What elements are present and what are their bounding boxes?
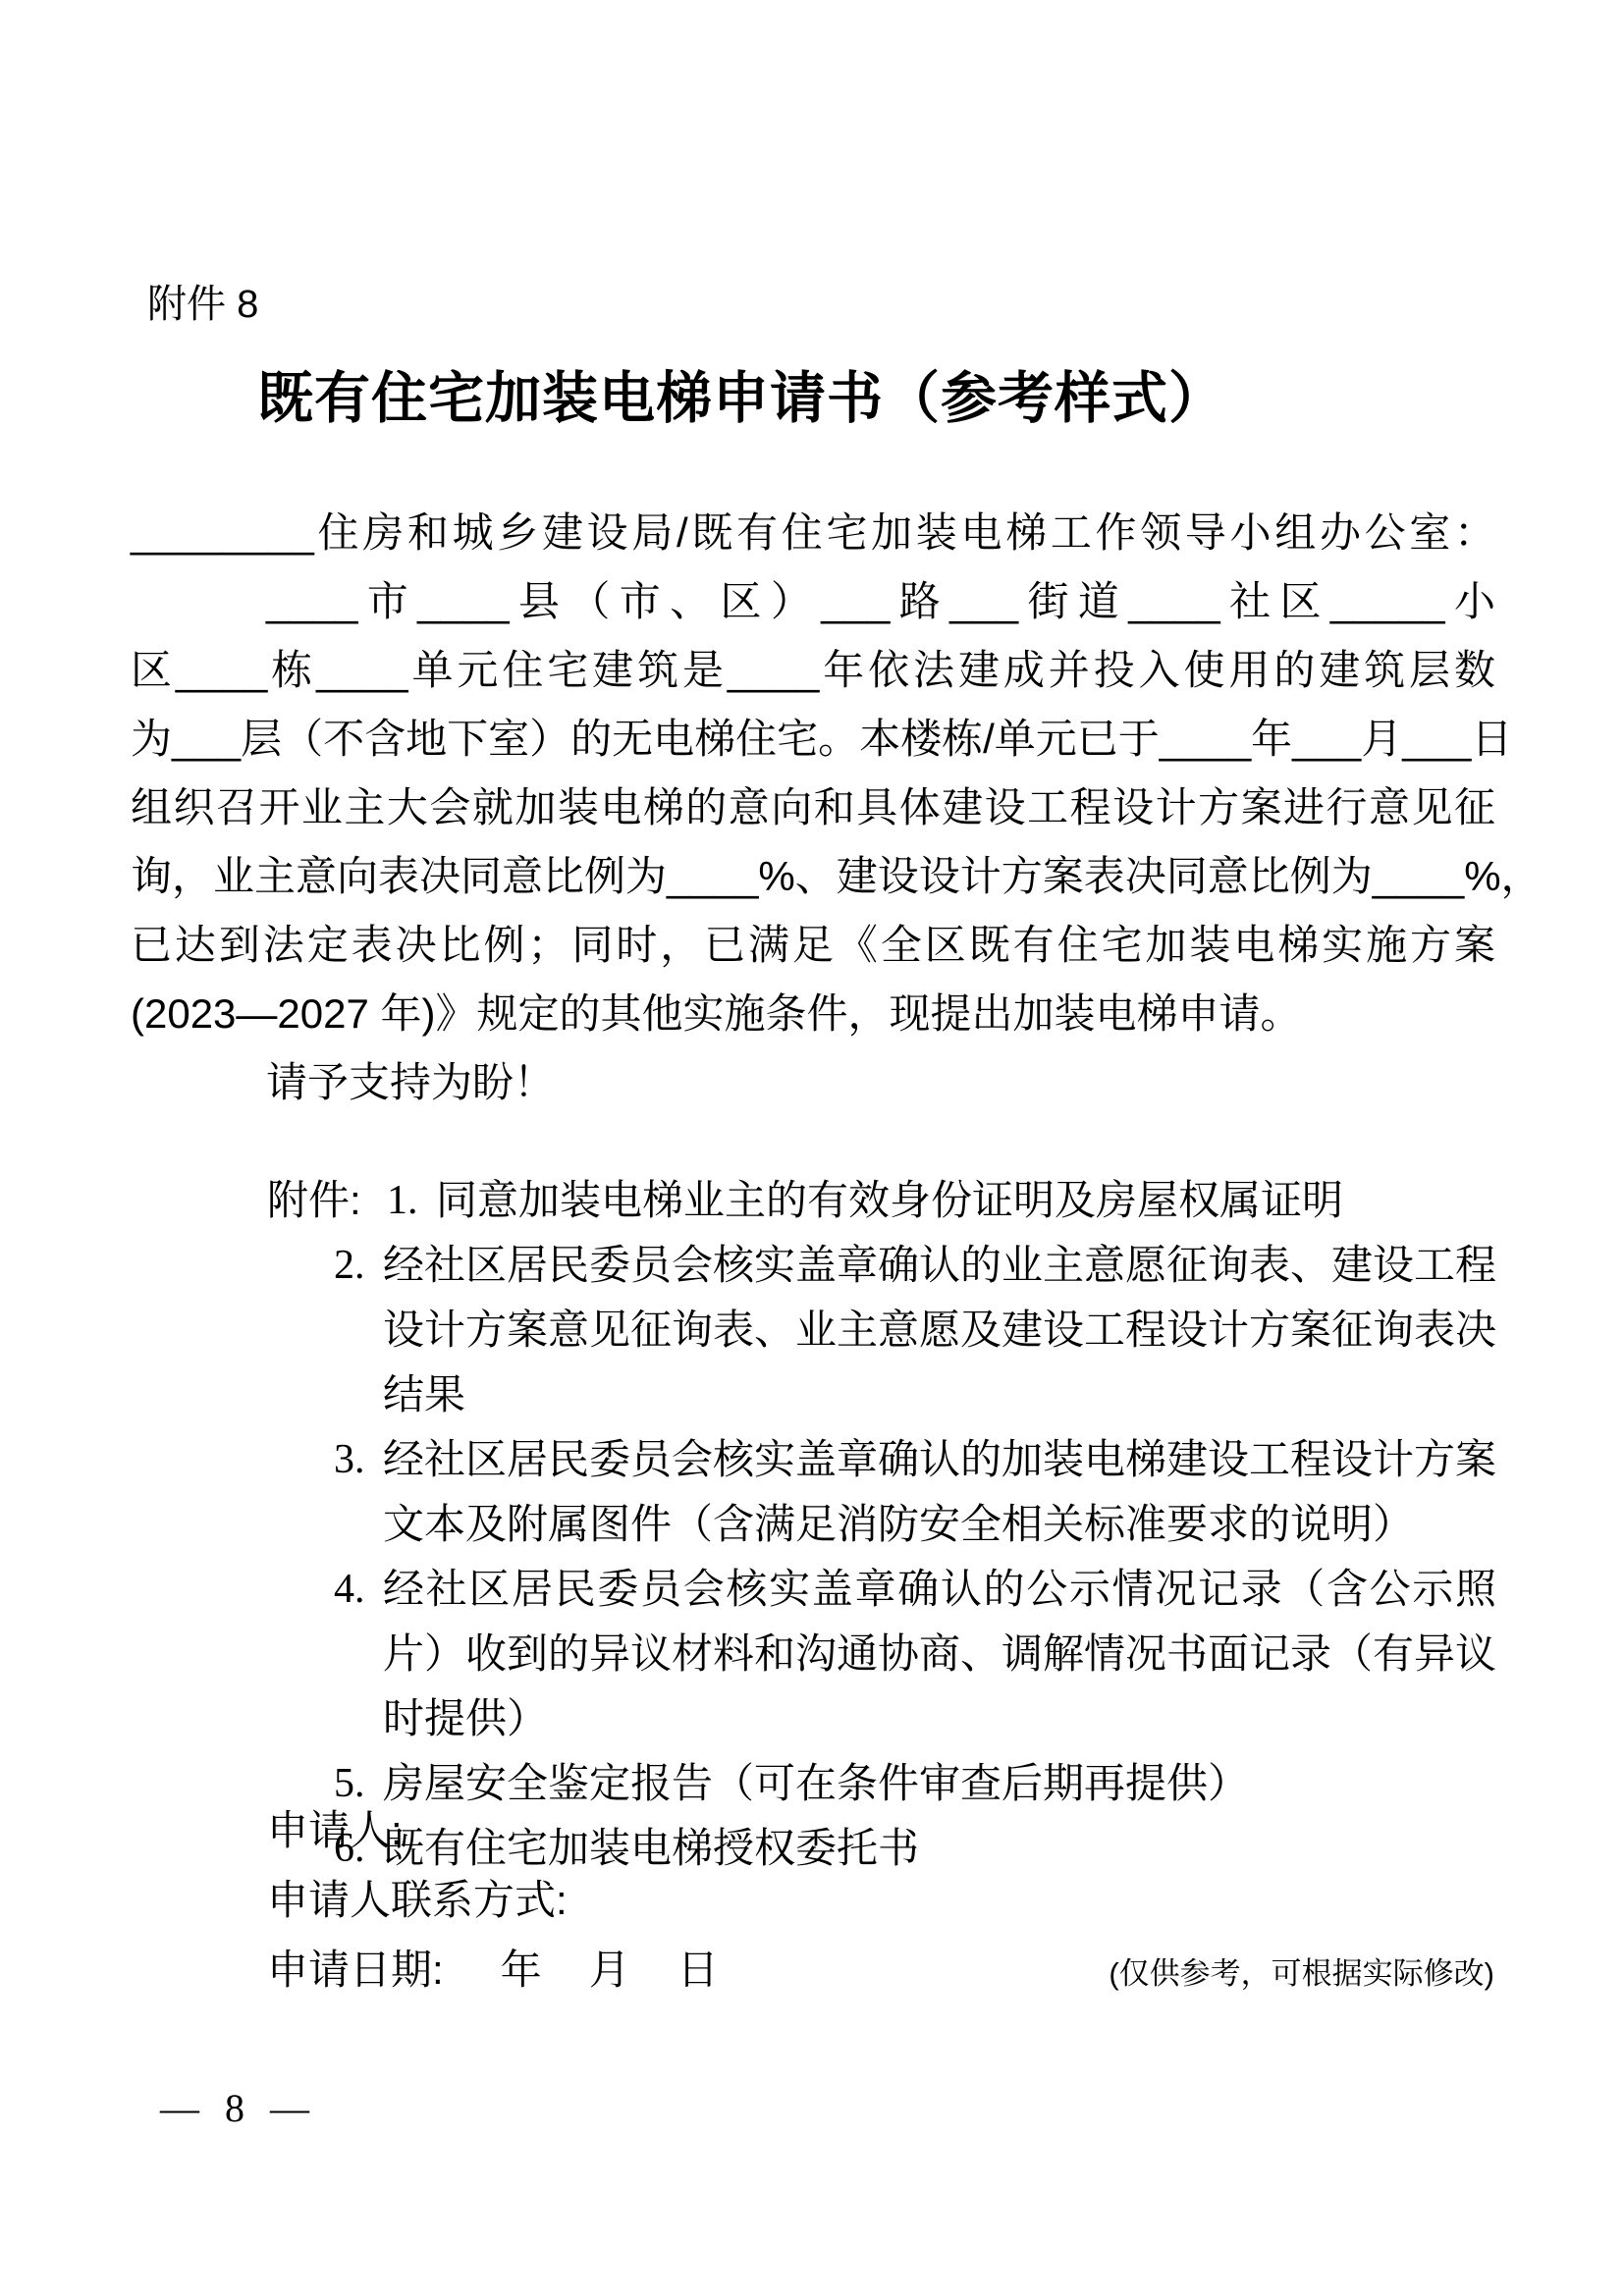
date-day-label: 日 [677,1936,719,2004]
body-line: 组织召开业主大会就加装电梯的意向和具体建设工程设计方案进行意见征 [131,774,1495,842]
closing-line: 请予支持为盼！ [131,1048,1495,1117]
body-line: (2023—2027 年)》规定的其他实施条件，现提出加装电梯申请。 [131,980,1495,1048]
body-line: ____市____县（市、区）___路___街道____社区_____小 [131,567,1495,636]
page-number: — 8 — [160,2085,309,2132]
body-line-salutation: ________住房和城乡建设局/既有住宅加装电梯工作领导小组办公室： [131,499,1495,567]
attachment-item: 3. 经社区居民委员会核实盖章确认的加装电梯建设工程设计方案文本及附属图件（含满… [267,1427,1496,1557]
signature-block: 申请人: 申请人联系方式: 申请日期: 年 月 日 (仅供参考，可根据实际修改) [267,1796,1496,2005]
attachment-list-label: 附件: [267,1168,387,1233]
applicant-row: 申请人: [267,1796,1496,1866]
body-line: 区____栋____单元住宅建筑是____年依法建成并投入使用的建筑层数 [131,636,1495,705]
body-line: 已达到法定表决比例；同时，已满足《全区既有住宅加装电梯实施方案 [131,911,1495,980]
attachment-tag: 附件 8 [147,281,258,328]
date-month-label: 月 [589,1936,630,2004]
date-row: 申请日期: 年 月 日 (仅供参考，可根据实际修改) [267,1936,1496,2005]
body-line: 为___层（不含地下室）的无电梯住宅。本楼栋/单元已于____年___月___日 [131,705,1495,774]
date-label: 申请日期: [267,1936,444,2004]
document-title: 既有住宅加装电梯申请书（参考样式） [131,365,1352,432]
attachment-item-number: 2. [334,1233,383,1298]
attachment-item-text: 经社区居民委员会核实盖章确认的公示情况记录（含公示照片）收到的异议材料和沟通协商… [383,1557,1496,1751]
attachment-item-number: 3. [334,1427,383,1492]
attachment-item-number: 1. [387,1168,436,1233]
attachment-item-number: 4. [334,1557,383,1622]
attachment-list: 附件: 1. 同意加装电梯业主的有效身份证明及房屋权属证明 2. 经社区居民委员… [267,1168,1496,1881]
contact-label: 申请人联系方式: [267,1866,568,1935]
attachment-item: 4. 经社区居民委员会核实盖章确认的公示情况记录（含公示照片）收到的异议材料和沟… [267,1557,1496,1751]
contact-row: 申请人联系方式: [267,1866,1496,1936]
reference-note: (仅供参考，可根据实际修改) [1109,1940,1494,2008]
body-paragraph: ________住房和城乡建设局/既有住宅加装电梯工作领导小组办公室： ____… [131,499,1495,1117]
attachment-item: 2. 经社区居民委员会核实盖章确认的业主意愿征询表、建设工程设计方案意见征询表、… [267,1233,1496,1427]
body-line: 询，业主意向表决同意比例为____%、建设设计方案表决同意比例为____%， [131,842,1495,911]
attachment-item: 附件: 1. 同意加装电梯业主的有效身份证明及房屋权属证明 [267,1168,1496,1233]
attachment-item-text: 同意加装电梯业主的有效身份证明及房屋权属证明 [436,1168,1496,1233]
document-page: 附件 8 既有住宅加装电梯申请书（参考样式） ________住房和城乡建设局/… [0,0,1624,2296]
date-year-label: 年 [501,1936,542,2004]
applicant-label: 申请人: [267,1796,403,1865]
attachment-item-text: 经社区居民委员会核实盖章确认的业主意愿征询表、建设工程设计方案意见征询表、业主意… [383,1233,1496,1427]
attachment-item-text: 经社区居民委员会核实盖章确认的加装电梯建设工程设计方案文本及附属图件（含满足消防… [383,1427,1496,1557]
